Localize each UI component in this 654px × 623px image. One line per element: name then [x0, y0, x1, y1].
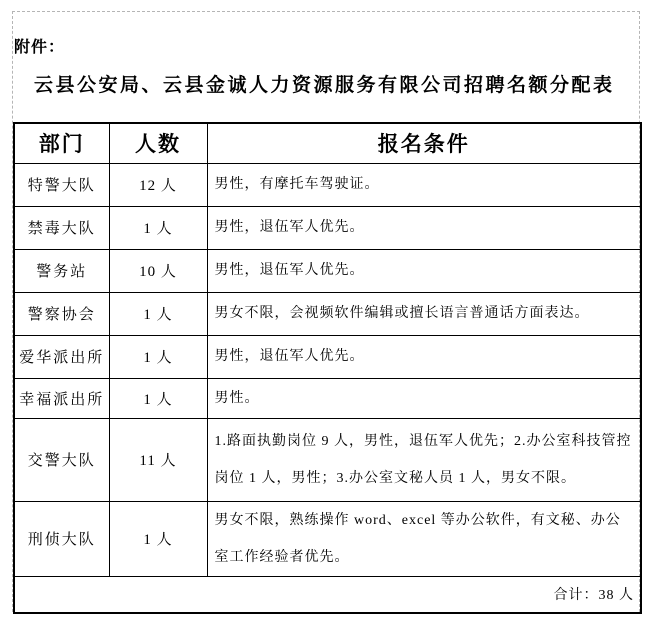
- headcount-cell: 1 人: [109, 501, 207, 576]
- table-header: 部门 人数 报名条件: [14, 123, 641, 163]
- headcount-cell: 1 人: [109, 292, 207, 335]
- conditions-cell: 男性，有摩托车驾驶证。: [207, 163, 641, 206]
- headcount-cell: 1 人: [109, 206, 207, 249]
- table-row: 刑侦大队 1 人 男女不限，熟练操作 word、excel 等办公软件，有文秘、…: [14, 501, 641, 576]
- column-header-department: 部门: [14, 123, 109, 163]
- headcount-cell: 1 人: [109, 378, 207, 418]
- headcount-cell: 11 人: [109, 418, 207, 501]
- table-row: 警察协会 1 人 男女不限，会视频软件编辑或擅长语言普通话方面表达。: [14, 292, 641, 335]
- table-row: 禁毒大队 1 人 男性，退伍军人优先。: [14, 206, 641, 249]
- table-row: 爱华派出所 1 人 男性，退伍军人优先。: [14, 335, 641, 378]
- department-cell: 幸福派出所: [14, 378, 109, 418]
- headcount-cell: 10 人: [109, 249, 207, 292]
- conditions-cell: 男性，退伍军人优先。: [207, 335, 641, 378]
- conditions-cell: 男性。: [207, 378, 641, 418]
- table-body: 特警大队 12 人 男性，有摩托车驾驶证。 禁毒大队 1 人 男性，退伍军人优先…: [14, 163, 641, 576]
- attachment-label: 附件：: [14, 34, 65, 57]
- headcount-cell: 1 人: [109, 335, 207, 378]
- conditions-cell: 男性，退伍军人优先。: [207, 206, 641, 249]
- department-cell: 警察协会: [14, 292, 109, 335]
- table-row: 交警大队 11 人 1.路面执勤岗位 9 人，男性，退伍军人优先；2.办公室科技…: [14, 418, 641, 501]
- table-header-row: 部门 人数 报名条件: [14, 123, 641, 163]
- column-header-headcount: 人数: [109, 123, 207, 163]
- conditions-cell: 男女不限，熟练操作 word、excel 等办公软件，有文秘、办公室工作经验者优…: [207, 501, 641, 576]
- total-label: 合计：38 人: [14, 576, 641, 613]
- department-cell: 爱华派出所: [14, 335, 109, 378]
- department-cell: 刑侦大队: [14, 501, 109, 576]
- department-cell: 特警大队: [14, 163, 109, 206]
- department-cell: 交警大队: [14, 418, 109, 501]
- column-header-conditions: 报名条件: [207, 123, 641, 163]
- department-cell: 禁毒大队: [14, 206, 109, 249]
- table-row: 幸福派出所 1 人 男性。: [14, 378, 641, 418]
- total-row: 合计：38 人: [14, 576, 641, 613]
- headcount-cell: 12 人: [109, 163, 207, 206]
- table-row: 特警大队 12 人 男性，有摩托车驾驶证。: [14, 163, 641, 206]
- conditions-cell: 男性，退伍军人优先。: [207, 249, 641, 292]
- conditions-cell: 1.路面执勤岗位 9 人，男性，退伍军人优先；2.办公室科技管控岗位 1 人，男…: [207, 418, 641, 501]
- conditions-cell: 男女不限，会视频软件编辑或擅长语言普通话方面表达。: [207, 292, 641, 335]
- document-page: { "page": { "attachment_label": "附件：", "…: [0, 0, 654, 623]
- department-cell: 警务站: [14, 249, 109, 292]
- recruitment-quota-table: 部门 人数 报名条件 特警大队 12 人 男性，有摩托车驾驶证。 禁毒大队 1 …: [13, 122, 642, 614]
- document-title: 云县公安局、云县金诚人力资源服务有限公司招聘名额分配表: [34, 70, 644, 97]
- table-row: 警务站 10 人 男性，退伍军人优先。: [14, 249, 641, 292]
- table-footer: 合计：38 人: [14, 576, 641, 613]
